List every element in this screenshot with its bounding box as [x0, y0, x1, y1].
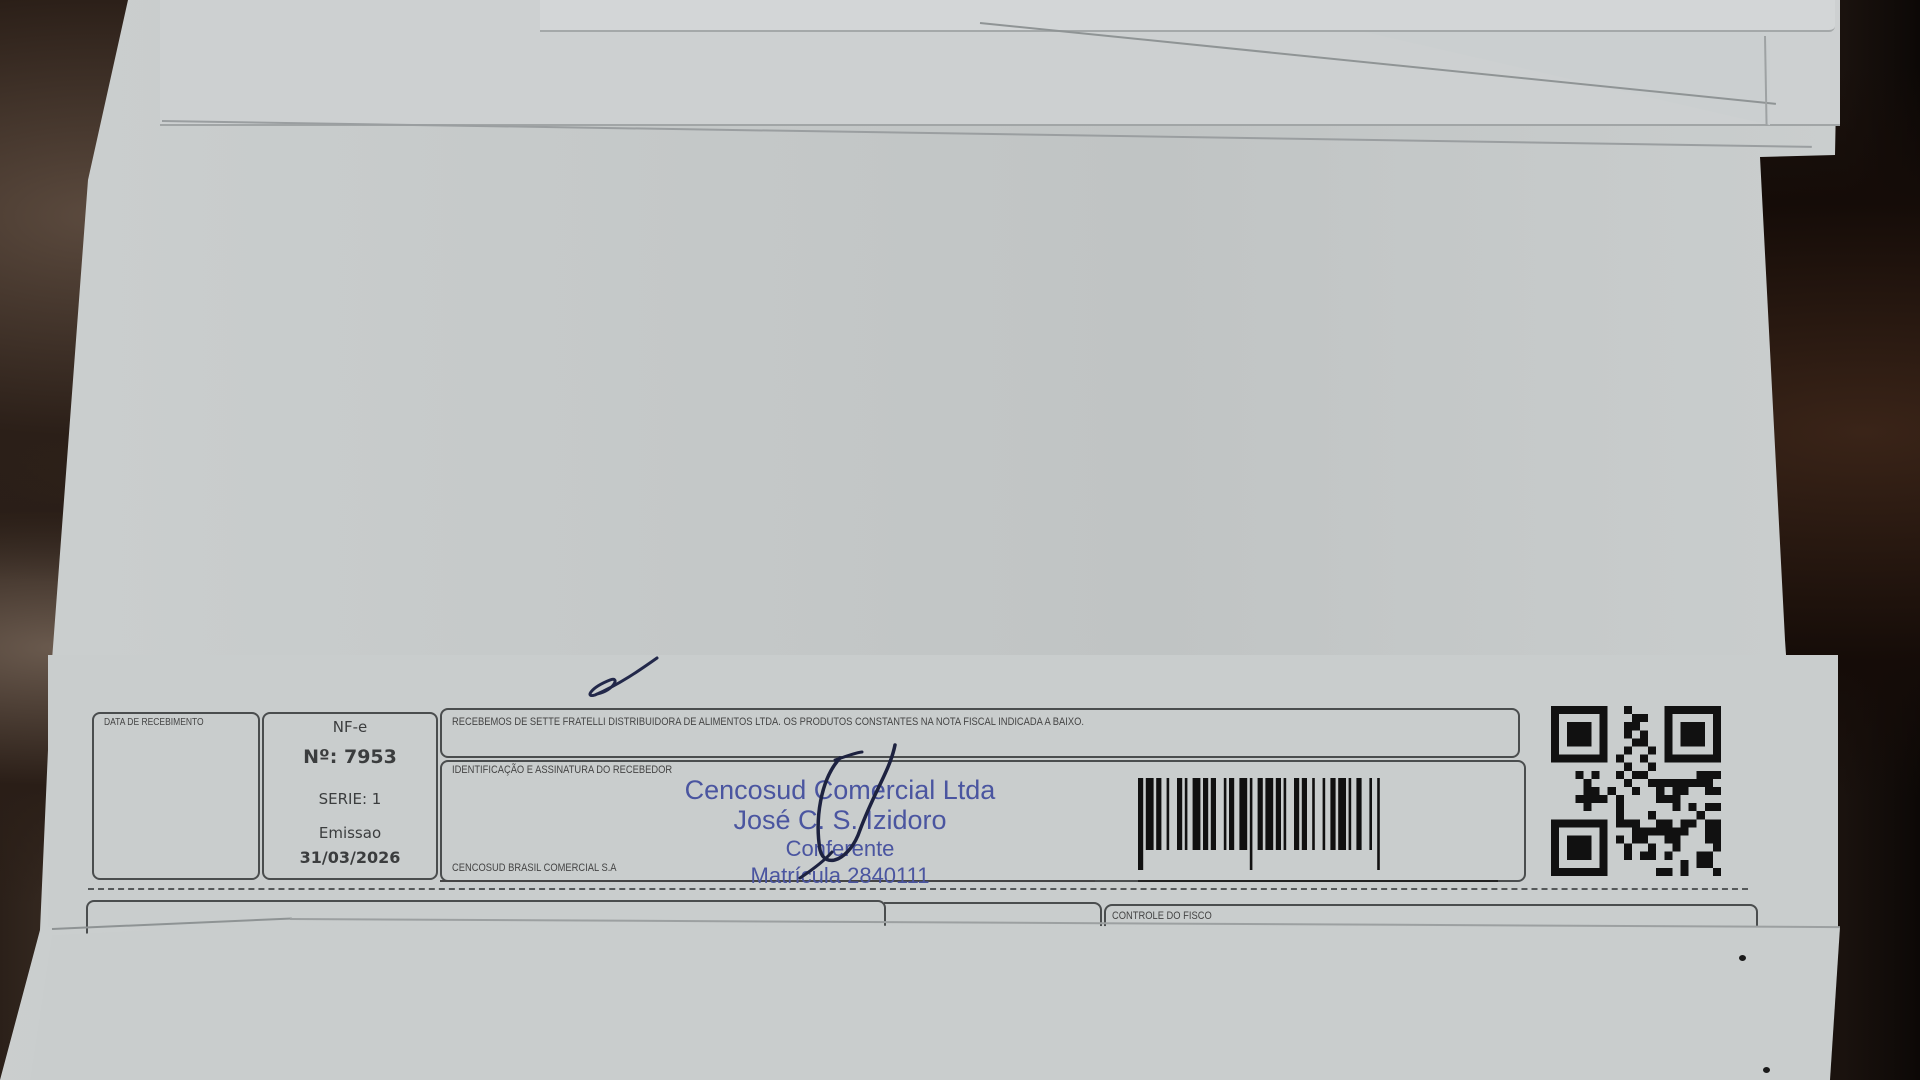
- check-mark-icon: [585, 650, 665, 705]
- fiscal-control-label: CONTROLE DO FISCO: [1112, 910, 1212, 922]
- cut-line: [88, 888, 1748, 890]
- signature-scribble: [780, 740, 920, 880]
- nfe-number: Nº: 7953: [264, 746, 436, 768]
- nfe-series: SERIE: 1: [264, 790, 436, 808]
- paper-sheet-lower: [0, 925, 1920, 1080]
- receipt-date-box[interactable]: DATA DE RECEBIMENTO: [92, 712, 260, 880]
- nfe-info-box: NF-e Nº: 7953 SERIE: 1 Emissao 31/03/202…: [262, 712, 438, 880]
- paper-speck: [1763, 1067, 1770, 1073]
- barcode-icon: [1136, 778, 1496, 873]
- declaration-text: RECEBEMOS DE SETTE FRATELLI DISTRIBUIDOR…: [452, 716, 1084, 728]
- recipient-company: CENCOSUD BRASIL COMERCIAL S.A: [452, 862, 617, 874]
- receipt-date-label: DATA DE RECEBIMENTO: [104, 717, 204, 728]
- nfe-issue-label: Emissao: [264, 824, 436, 842]
- paper-sheet-top-edge: [540, 0, 1835, 32]
- barcode-underline: [1138, 880, 1498, 882]
- nfe-issue-date: 31/03/2026: [264, 848, 436, 867]
- declaration-box: RECEBEMOS DE SETTE FRATELLI DISTRIBUIDOR…: [440, 708, 1520, 758]
- nfe-heading: NF-e: [264, 718, 436, 736]
- qr-code-icon: [1551, 706, 1721, 876]
- paper-speck: [1739, 955, 1746, 961]
